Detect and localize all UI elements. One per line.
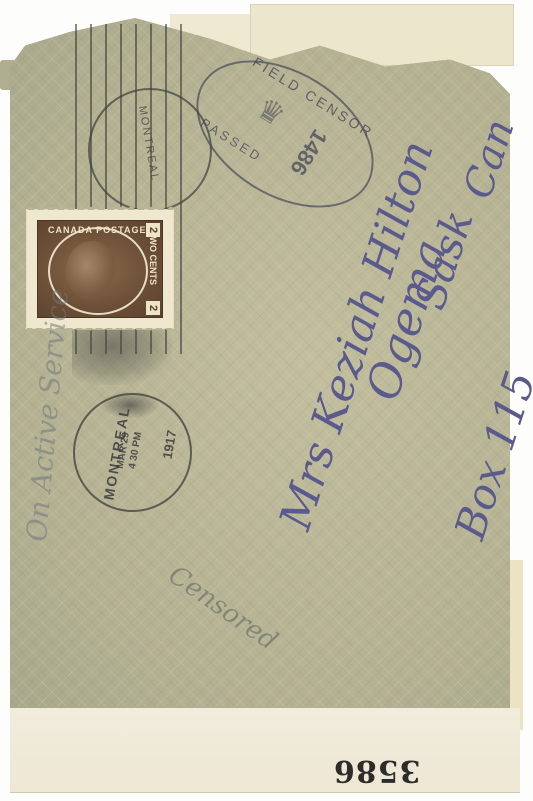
stamp-numeral-bottom: 2: [146, 301, 160, 315]
machine-cancel-text: MONTREAL: [136, 105, 161, 183]
stamp-country-text: CANADA POSTAGE: [48, 225, 147, 235]
enclosure-sheet-right: [508, 560, 523, 730]
catalog-number: 3586: [333, 753, 421, 788]
envelope-scan: MONTREAL FIELD CENSOR ♛ 1486 PASSED CANA…: [0, 0, 533, 801]
stamp-numeral-top: 2: [146, 223, 160, 237]
machine-cancel-circle: MONTREAL: [88, 88, 212, 212]
bottom-flap-strip: 3586: [10, 708, 520, 793]
ink-smudge: [72, 330, 172, 385]
censor-number: 1486: [284, 125, 332, 180]
crown-icon: ♛: [250, 91, 291, 135]
montreal-postmark: MONTREAL MAR 29 4 30 PM 1917: [73, 393, 192, 512]
postmark-year: 1917: [160, 429, 180, 460]
stamp-value-text: TWO CENTS: [148, 231, 158, 285]
